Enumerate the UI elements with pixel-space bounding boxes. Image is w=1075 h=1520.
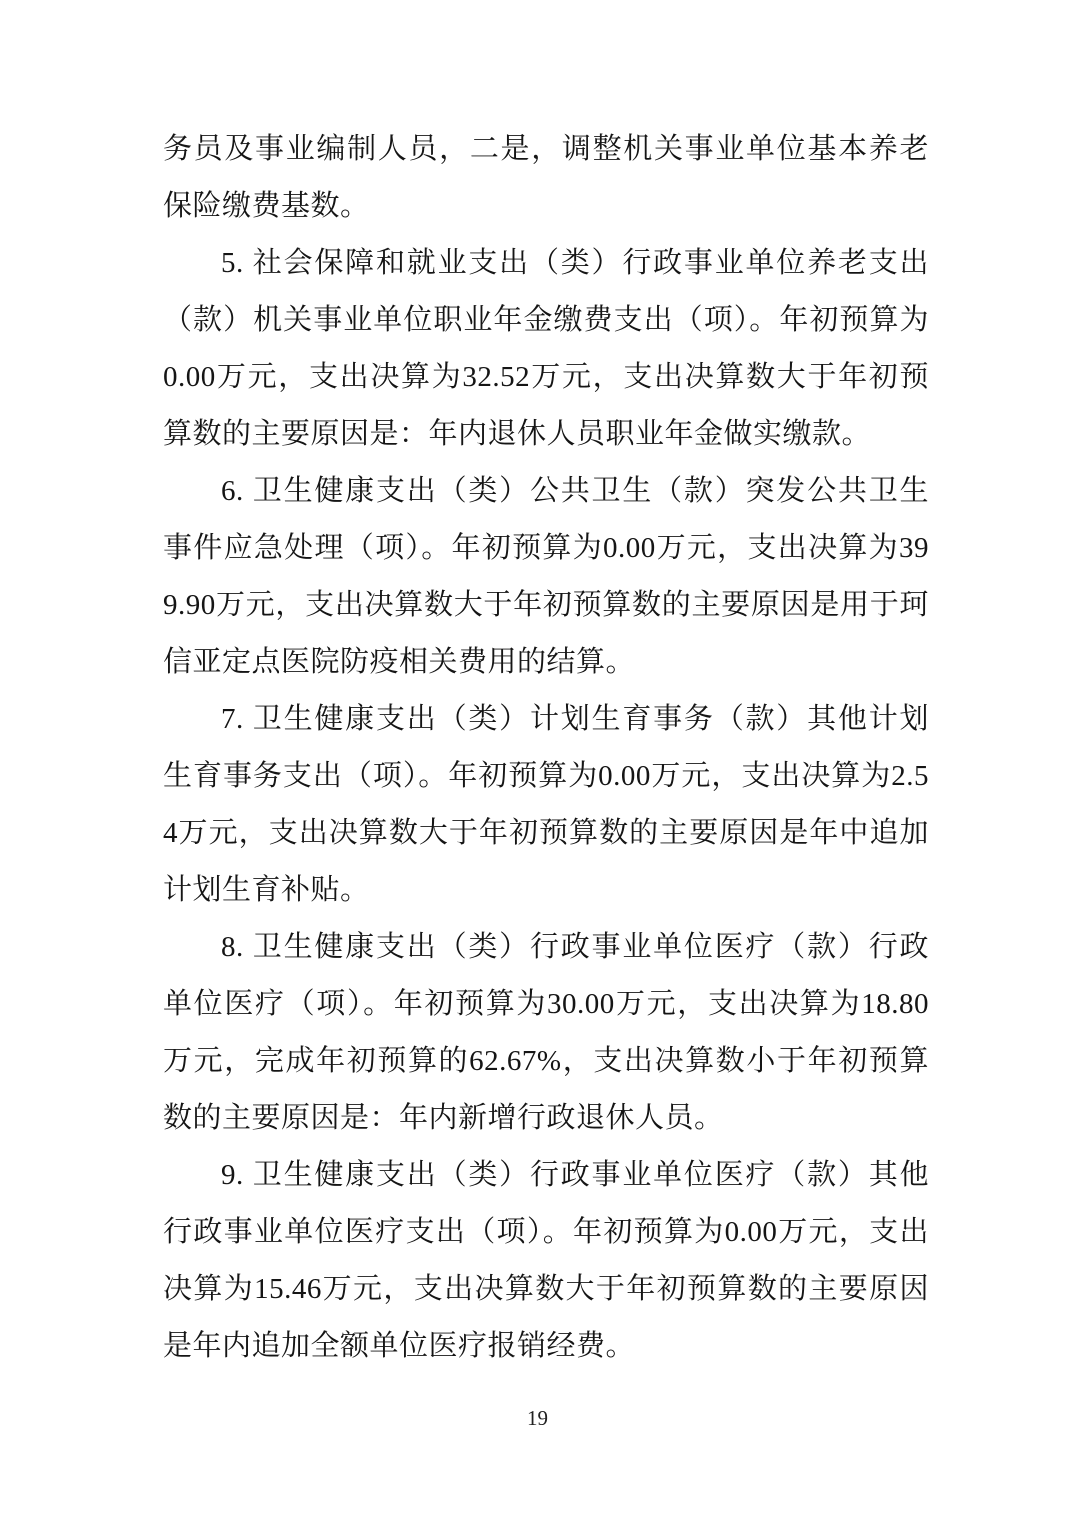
document-page: 务员及事业编制人员，二是，调整机关事业单位基本养老保险缴费基数。 5. 社会保障…: [0, 0, 1075, 1520]
paragraph-item-6: 6. 卫生健康支出（类）公共卫生（款）突发公共卫生事件应急处理（项）。年初预算为…: [163, 463, 929, 691]
document-body: 务员及事业编制人员，二是，调整机关事业单位基本养老保险缴费基数。 5. 社会保障…: [163, 121, 929, 1375]
page-number: 19: [527, 1403, 548, 1433]
paragraph-continuation: 务员及事业编制人员，二是，调整机关事业单位基本养老保险缴费基数。: [163, 121, 929, 235]
paragraph-item-7: 7. 卫生健康支出（类）计划生育事务（款）其他计划生育事务支出（项）。年初预算为…: [163, 691, 929, 919]
page-footer: 19: [0, 1403, 1075, 1433]
paragraph-item-8: 8. 卫生健康支出（类）行政事业单位医疗（款）行政单位医疗（项）。年初预算为30…: [163, 919, 929, 1147]
paragraph-item-5: 5. 社会保障和就业支出（类）行政事业单位养老支出（款）机关事业单位职业年金缴费…: [163, 235, 929, 463]
paragraph-item-9: 9. 卫生健康支出（类）行政事业单位医疗（款）其他行政事业单位医疗支出（项）。年…: [163, 1147, 929, 1375]
